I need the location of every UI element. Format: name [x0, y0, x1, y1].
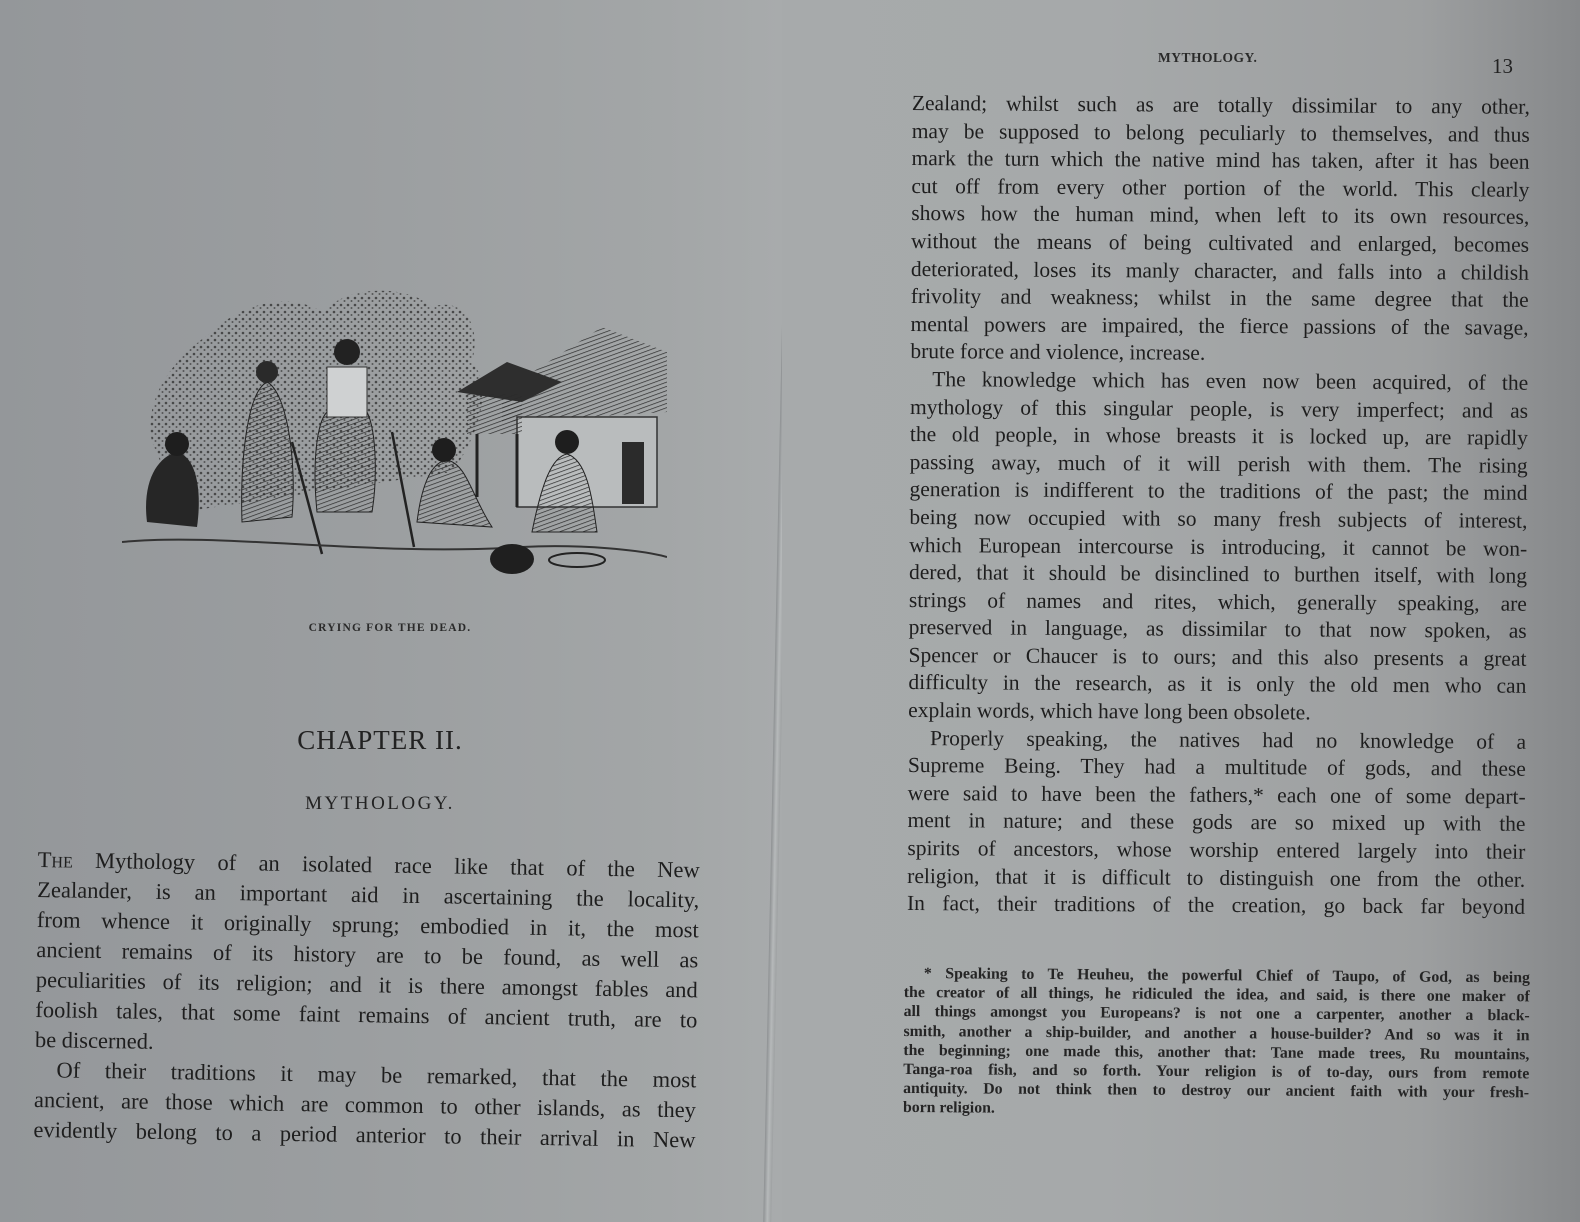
open-book-spread: CRYING FOR THE DEAD. CHAPTER II. MYTHOLO…: [0, 0, 1580, 1222]
footnote: * Speaking to Te Heuheu, the powerful Ch…: [903, 964, 1530, 1122]
text-line: were said to have been the fathers,* eac…: [908, 780, 1526, 811]
engraving-illustration-icon: [122, 282, 667, 594]
text-line: mark the turn which the native mind has …: [911, 145, 1529, 176]
chapter-subtitle: MYTHOLOGY.: [200, 793, 560, 815]
text-line: without the means of being cultivated an…: [911, 228, 1529, 259]
text-line: The knowledge which has even now been ac…: [910, 366, 1528, 397]
text-line: generation is indifferent to the traditi…: [909, 476, 1527, 507]
text-line: frivolity and weakness; whilst in the sa…: [911, 283, 1529, 314]
text-line: difficulty in the research, as it is onl…: [908, 669, 1526, 700]
text-line: Properly speaking, the natives had no kn…: [908, 725, 1526, 756]
illustration-caption: CRYING FOR THE DEAD.: [240, 622, 540, 634]
text-line: spirits of ancestors, whose worship ente…: [907, 835, 1525, 866]
left-page: CRYING FOR THE DEAD. CHAPTER II. MYTHOLO…: [0, 0, 782, 1222]
drop-smallcaps: The: [38, 847, 73, 873]
chapter-title: CHAPTER II.: [200, 725, 560, 756]
text-line: shows how the human mind, when left to i…: [911, 200, 1529, 231]
text-line: In fact, their traditions of the creatio…: [907, 890, 1525, 921]
text-line: cut off from every other portion of the …: [911, 173, 1529, 204]
text-line: preserved in language, as dissimilar to …: [909, 614, 1527, 645]
text-line: mental powers are impaired, the fierce p…: [910, 311, 1528, 342]
text-line: being now occupied with so many fresh su…: [909, 504, 1527, 535]
text-line: mythology of this singular people, is ve…: [910, 394, 1528, 425]
text-line: Zealand; whilst such as are totally diss…: [912, 90, 1530, 121]
text-line: which European intercourse is introducin…: [909, 531, 1527, 562]
page-number: 13: [1492, 54, 1513, 79]
text-line: explain words, which have long been obso…: [908, 697, 1526, 728]
text-line: Spencer or Chaucer is to ours; and this …: [908, 642, 1526, 673]
left-page-body: The Mythology of an isolated race like t…: [33, 845, 700, 1155]
text-line: the old people, in whose breasts it is l…: [910, 421, 1528, 452]
text-line: deteriorated, loses its manly character,…: [911, 256, 1529, 287]
text-line: may be supposed to belong peculiarly to …: [912, 118, 1530, 149]
text-line: ment in nature; and these gods are so mi…: [907, 807, 1525, 838]
text-line: brute force and violence, increase.: [910, 338, 1528, 369]
text-line: passing away, much of it will perish wit…: [910, 449, 1528, 480]
text-line: Supreme Being. They had a multitude of g…: [908, 752, 1526, 783]
text-line: strings of names and rites, which, gener…: [909, 587, 1527, 618]
running-head: MYTHOLOGY.: [1158, 50, 1257, 66]
text-line: religion, that it is difficult to distin…: [907, 863, 1525, 894]
text-line: dered, that it should be disinclined to …: [909, 559, 1527, 590]
right-page-body: Zealand; whilst such as are totally diss…: [907, 90, 1530, 922]
